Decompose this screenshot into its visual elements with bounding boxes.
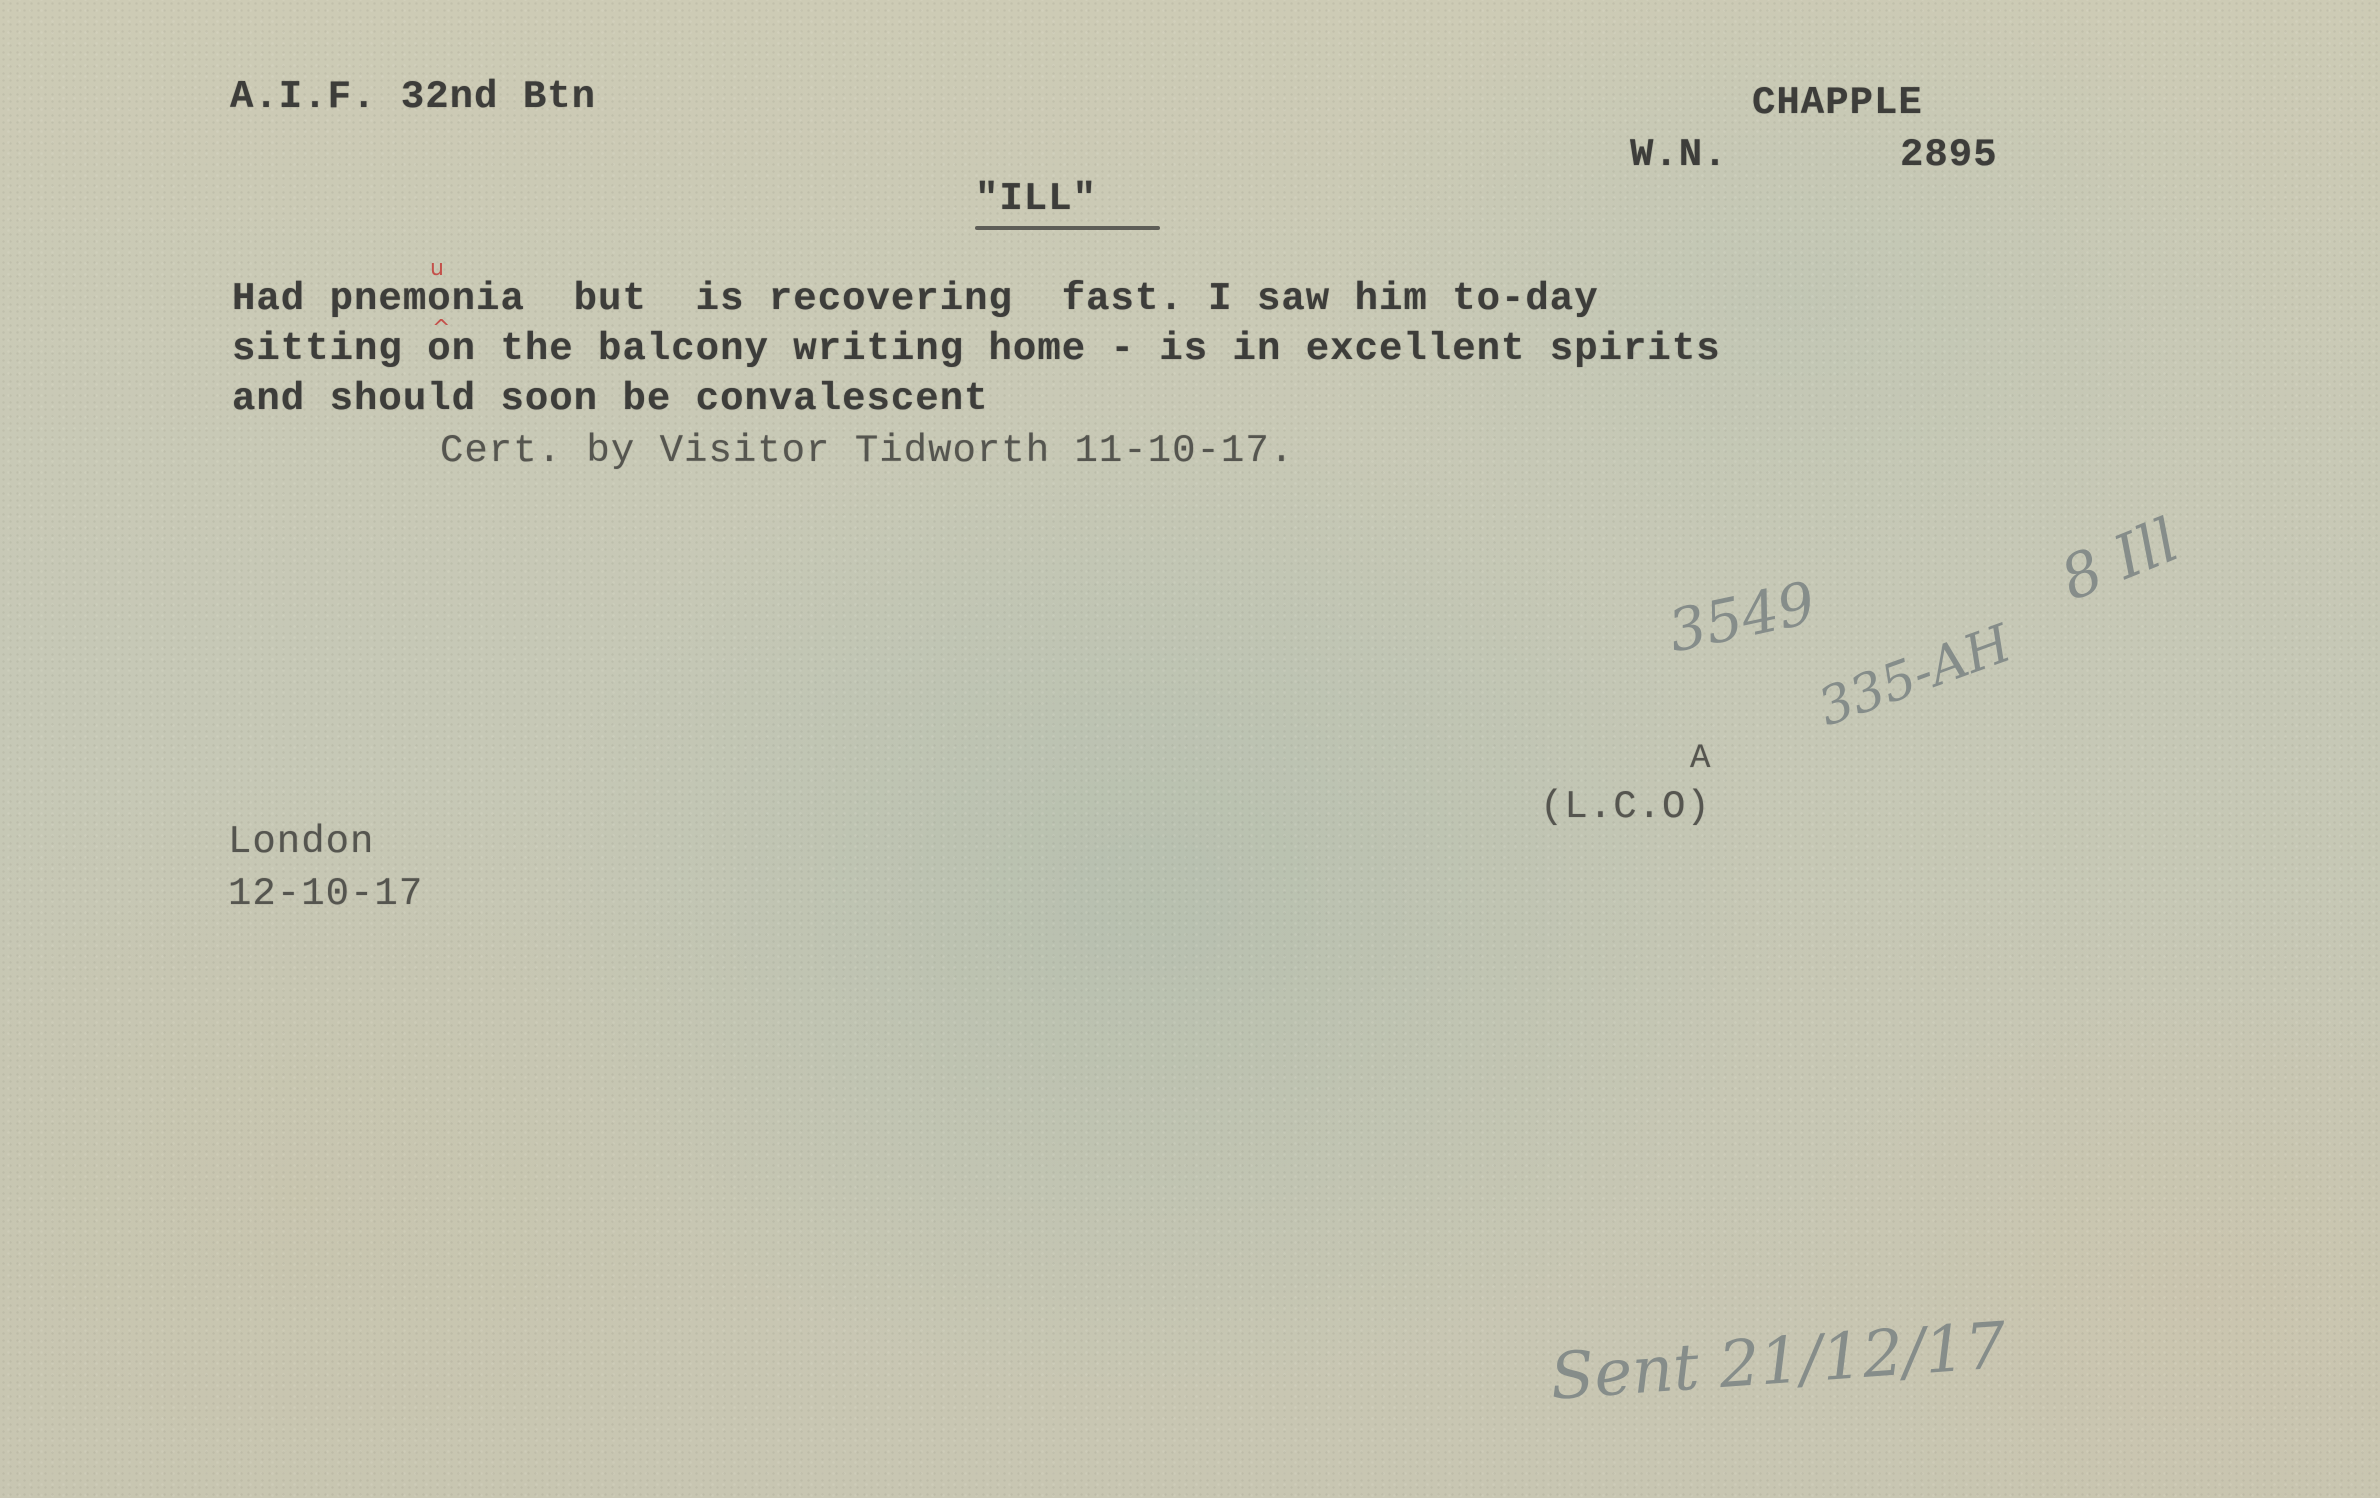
paper-texture bbox=[0, 0, 2380, 1498]
place: London bbox=[228, 823, 374, 862]
handwritten-tag: 8 Ill bbox=[2053, 510, 2186, 610]
wn-label: W.N. bbox=[1630, 136, 1728, 175]
surname: CHAPPLE bbox=[1752, 84, 1923, 123]
body-line-2: sitting on the balcony writing home - is… bbox=[232, 330, 1721, 369]
code: (L.C.O) bbox=[1540, 788, 1711, 827]
handwritten-ref-number: 3549 bbox=[1664, 573, 1820, 660]
record-card: A.I.F. 32nd Btn CHAPPLE W.N. 2895 "ILL" … bbox=[0, 0, 2380, 1498]
certification-line: Cert. by Visitor Tidworth 11-10-17. bbox=[440, 432, 1294, 471]
body-line-1: Had pnemonia but is recovering fast. I s… bbox=[232, 280, 1599, 319]
wn-number: 2895 bbox=[1900, 136, 1998, 175]
unit-line: A.I.F. 32nd Btn bbox=[230, 78, 596, 117]
heading-underline bbox=[975, 226, 1160, 230]
handwritten-sent-note: Sent 21/12/17 bbox=[1548, 1314, 2008, 1410]
handwritten-ref-code: 335-AH bbox=[1812, 617, 2017, 734]
status-heading: "ILL" bbox=[975, 180, 1097, 219]
date: 12-10-17 bbox=[228, 875, 423, 914]
code-letter: A bbox=[1690, 742, 1711, 776]
body-line-3: and should soon be convalescent bbox=[232, 380, 989, 419]
